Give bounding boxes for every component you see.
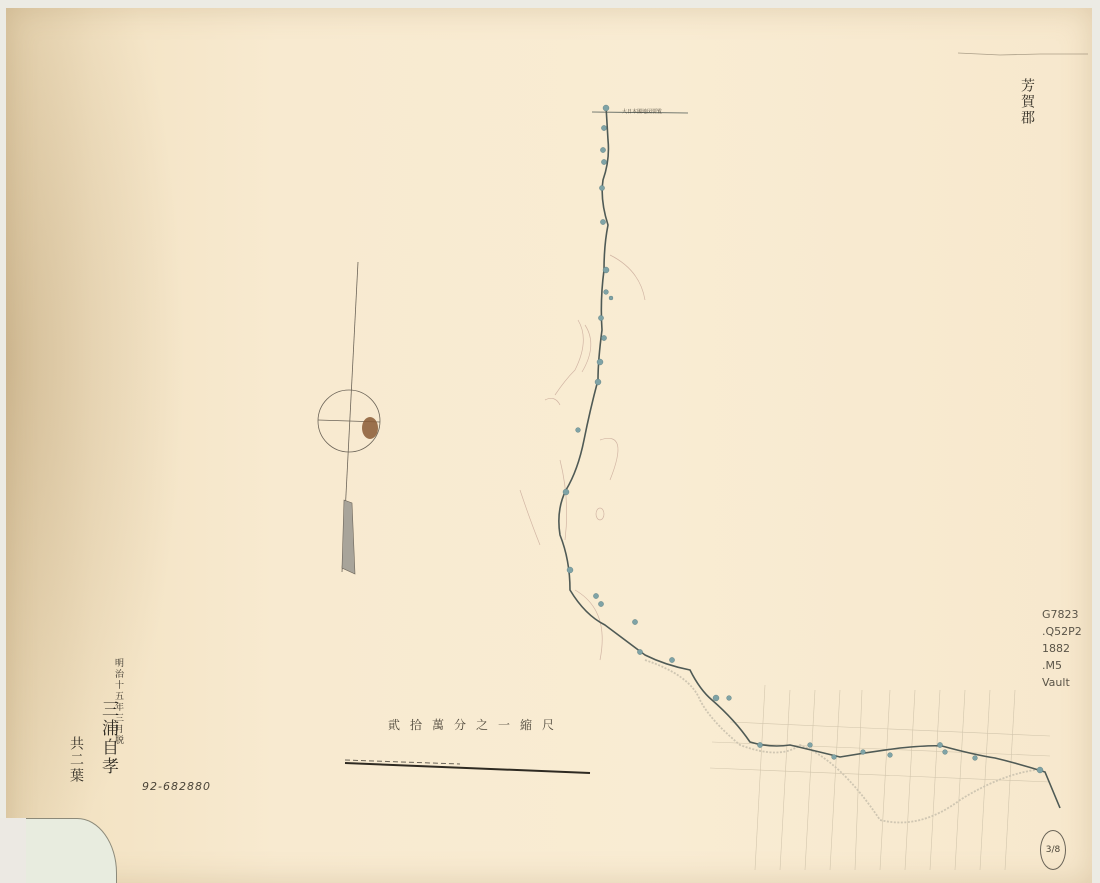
main-route: [559, 106, 1060, 808]
scale-title: 貮拾萬分之一縮尺: [388, 716, 564, 733]
grid-lines: [710, 685, 1050, 870]
north-arrow-icon: [318, 262, 380, 574]
call-number-line: 1882: [1042, 640, 1082, 657]
top-label: 大日本國地図要覧: [622, 108, 662, 115]
fold-line: [958, 53, 1088, 55]
scale-bar: [345, 760, 590, 773]
sheet-number: 3/8: [1040, 830, 1066, 870]
accession-number: 92-682880: [142, 780, 211, 793]
stain: [362, 417, 378, 439]
author-name: 三浦自孝: [96, 700, 121, 776]
call-number-line: G7823: [1042, 606, 1082, 623]
route-map: [0, 0, 1100, 883]
call-number: G7823 .Q52P2 1882 .M5 Vault: [1042, 606, 1082, 691]
sheet-count: 共二葉: [66, 736, 86, 784]
call-number-line: .M5: [1042, 657, 1082, 674]
terrain-sketch: [520, 255, 645, 660]
call-number-line: Vault: [1042, 674, 1082, 691]
call-number-line: .Q52P2: [1042, 623, 1082, 640]
sheet-number-text: 3/8: [1046, 845, 1060, 855]
old-route: [645, 660, 1035, 823]
village-markers: [563, 105, 1043, 773]
district-title: 芳賀郡: [1018, 78, 1036, 126]
